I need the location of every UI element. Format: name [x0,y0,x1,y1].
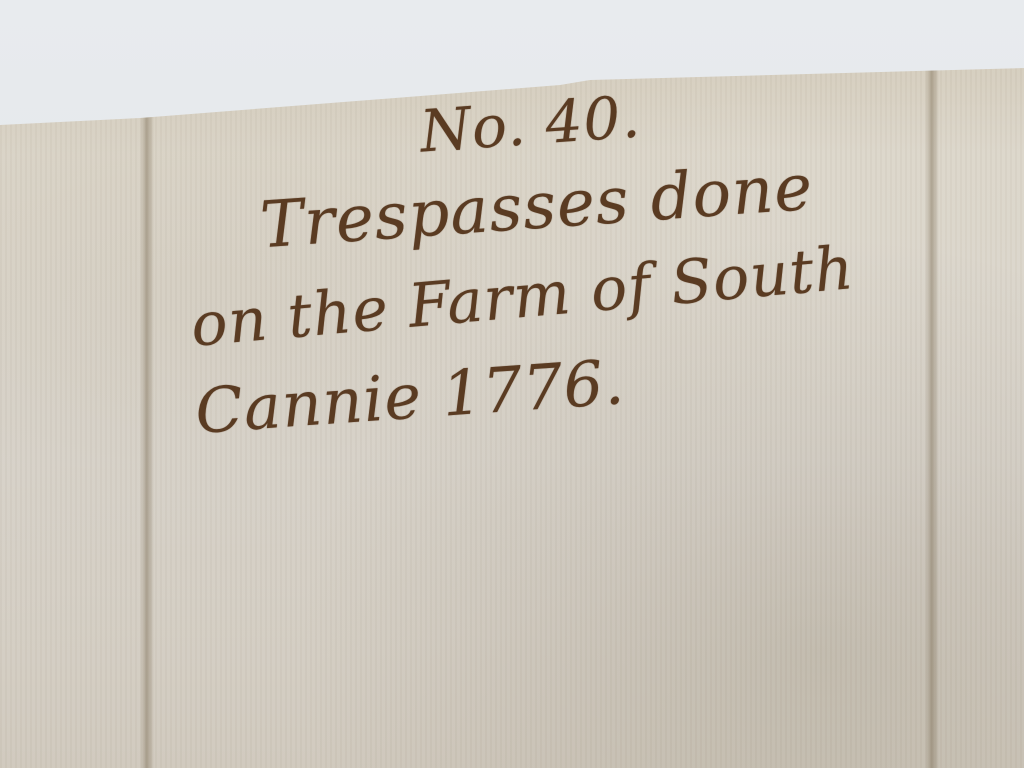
docket-number: No. 40. [418,82,643,165]
title-line-3: Cannie 1776. [193,345,627,448]
right-fold-crease [925,0,939,768]
